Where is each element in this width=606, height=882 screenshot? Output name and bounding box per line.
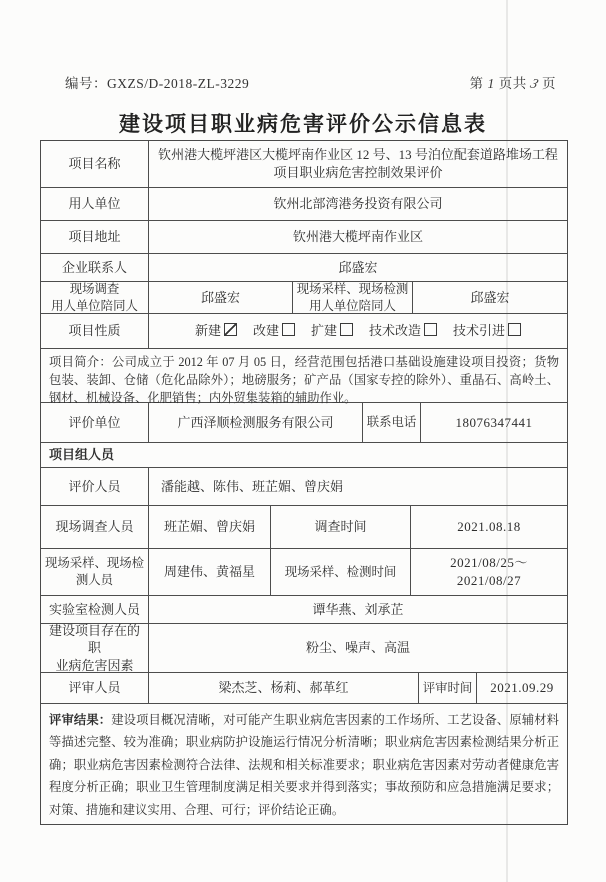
checkbox-tech-import-icon xyxy=(508,323,521,336)
sampling-staff-label: 现场采样、现场检 测人员 xyxy=(41,549,149,595)
survey-time-value: 2021.08.18 xyxy=(411,506,567,548)
review-result-text: 建设项目概况清晰，对可能产生职业病危害因素的工作场所、工艺设备、原辅材料等描述完… xyxy=(49,713,559,817)
review-staff-value: 梁杰芝、杨莉、郝革红 xyxy=(149,673,419,703)
phone-label: 联系电话 xyxy=(363,403,421,442)
evaluator-label: 评价单位 xyxy=(41,403,149,442)
row-review-result: 评审结果：建设项目概况清晰，对可能产生职业病危害因素的工作场所、工艺设备、原辅材… xyxy=(41,704,567,824)
survey-staff-label: 现场调查人员 xyxy=(41,506,149,548)
company-contact-label: 企业联系人 xyxy=(41,254,149,281)
checkbox-expand-icon xyxy=(340,323,353,336)
page-indicator: 第1页共3页 xyxy=(468,72,559,92)
row-sampling-staff: 现场采样、现场检 测人员 周建伟、黄福星 现场采样、检测时间 2021/08/2… xyxy=(41,549,567,596)
checkbox-rebuild-icon xyxy=(282,323,295,336)
handwritten-total-pages: 3 xyxy=(528,75,541,92)
review-result-label: 评审结果： xyxy=(49,713,111,727)
row-employer: 用人单位 钦州北部湾港务投资有限公司 xyxy=(41,188,567,221)
project-nature-options: 新建 改建 扩建 技术改造 技术引进 xyxy=(149,314,567,348)
eval-staff-value: 潘能越、陈伟、班芷媚、曾庆娟 xyxy=(149,468,567,505)
sampling-time-line2: 2021/08/27 xyxy=(457,572,521,590)
project-name-line1: 钦州港大榄坪港区大榄坪南作业区 12 号、13 号泊位配套道路堆场工程 xyxy=(158,146,558,164)
info-table: 项目名称 钦州港大榄坪港区大榄坪南作业区 12 号、13 号泊位配套道路堆场工程… xyxy=(40,140,568,825)
row-survey-staff: 现场调查人员 班芷媚、曾庆娟 调查时间 2021.08.18 xyxy=(41,506,567,549)
document-number: 编号：GXZS/D-2018-ZL-3229 xyxy=(65,72,249,92)
team-header-label: 项目组人员 xyxy=(41,443,567,467)
row-review-staff: 评审人员 梁杰芝、杨莉、郝革红 评审时间 2021.09.29 xyxy=(41,673,567,704)
sampling-staff-label-line2: 测人员 xyxy=(76,572,113,589)
handwritten-page-number: 1 xyxy=(488,76,495,92)
form-title: 建设项目职业病危害评价公示信息表 xyxy=(0,108,606,138)
page-suffix: 页 xyxy=(542,76,556,91)
nature-option-tech-import-label: 技术引进 xyxy=(453,323,505,338)
project-name-line2: 项目职业病危害控制效果评价 xyxy=(273,164,442,182)
hazard-factors-label: 建设项目存在的职 业病危害因素 xyxy=(41,624,149,672)
nature-option-tech-upgrade-label: 技术改造 xyxy=(369,323,421,338)
survey-escort-label: 现场调查 用人单位陪同人 xyxy=(41,282,149,313)
review-time-value: 2021.09.29 xyxy=(477,673,567,703)
lab-staff-value: 谭华燕、刘承芷 xyxy=(149,596,567,623)
project-address-value: 钦州港大榄坪南作业区 xyxy=(149,221,567,253)
project-name-label: 项目名称 xyxy=(41,141,149,187)
eval-staff-label: 评价人员 xyxy=(41,468,149,505)
survey-staff-value: 班芷媚、曾庆娟 xyxy=(149,506,271,548)
row-hazard-factors: 建设项目存在的职 业病危害因素 粉尘、噪声、高温 xyxy=(41,624,567,673)
company-contact-value: 邱盛宏 xyxy=(149,254,567,281)
checkbox-tech-upgrade-icon xyxy=(424,323,437,336)
sampling-escort-label-line2: 用人单位陪同人 xyxy=(309,298,396,315)
nature-option-rebuild: 改建 xyxy=(253,322,295,340)
nature-option-new-label: 新建 xyxy=(195,323,221,338)
project-address-label: 项目地址 xyxy=(41,221,149,253)
sampling-escort-label: 现场采样、现场检测 用人单位陪同人 xyxy=(293,282,413,313)
sampling-time-label: 现场采样、检测时间 xyxy=(271,549,411,595)
survey-escort-value: 邱盛宏 xyxy=(149,282,293,313)
nature-option-tech-import: 技术引进 xyxy=(453,322,521,340)
row-team-header: 项目组人员 xyxy=(41,443,567,468)
row-project-nature: 项目性质 新建 改建 扩建 技术改造 技术引进 xyxy=(41,314,567,349)
row-project-summary: 项目简介：公司成立于 2012 年 07 月 05 日，经营范围包括港口基础设施… xyxy=(41,349,567,403)
page-header: 编号：GXZS/D-2018-ZL-3229 第1页共3页 xyxy=(65,72,558,92)
row-project-name: 项目名称 钦州港大榄坪港区大榄坪南作业区 12 号、13 号泊位配套道路堆场工程… xyxy=(41,141,567,188)
hazard-factors-value: 粉尘、噪声、高温 xyxy=(149,624,567,672)
review-result-cell: 评审结果：建设项目概况清晰，对可能产生职业病危害因素的工作场所、工艺设备、原辅材… xyxy=(41,704,567,824)
project-summary-text: 项目简介：公司成立于 2012 年 07 月 05 日，经营范围包括港口基础设施… xyxy=(41,349,567,402)
row-escort: 现场调查 用人单位陪同人 邱盛宏 现场采样、现场检测 用人单位陪同人 邱盛宏 xyxy=(41,282,567,314)
row-eval-staff: 评价人员 潘能越、陈伟、班芷媚、曾庆娟 xyxy=(41,468,567,506)
sampling-staff-value: 周建伟、黄福星 xyxy=(149,549,271,595)
survey-time-label: 调查时间 xyxy=(271,506,411,548)
nature-option-expand-label: 扩建 xyxy=(311,323,337,338)
evaluator-value: 广西泽顺检测服务有限公司 xyxy=(149,403,363,442)
hazard-factors-label-line2: 业病危害因素 xyxy=(55,657,133,675)
review-time-label: 评审时间 xyxy=(419,673,477,703)
survey-escort-label-line2: 用人单位陪同人 xyxy=(51,298,138,315)
nature-option-new: 新建 xyxy=(195,322,237,340)
phone-value: 18076347441 xyxy=(421,403,567,442)
nature-option-expand: 扩建 xyxy=(311,322,353,340)
row-lab-staff: 实验室检测人员 谭华燕、刘承芷 xyxy=(41,596,567,624)
project-name-value: 钦州港大榄坪港区大榄坪南作业区 12 号、13 号泊位配套道路堆场工程 项目职业… xyxy=(149,141,567,187)
nature-option-rebuild-label: 改建 xyxy=(253,323,279,338)
checkbox-new-icon xyxy=(224,323,237,336)
sampling-escort-label-line1: 现场采样、现场检测 xyxy=(297,281,409,298)
employer-label: 用人单位 xyxy=(41,188,149,220)
row-company-contact: 企业联系人 邱盛宏 xyxy=(41,254,567,282)
document-page: 编号：GXZS/D-2018-ZL-3229 第1页共3页 建设项目职业病危害评… xyxy=(0,0,606,882)
project-nature-label: 项目性质 xyxy=(41,314,149,348)
review-staff-label: 评审人员 xyxy=(41,673,149,703)
sampling-staff-label-line1: 现场采样、现场检 xyxy=(45,555,144,572)
survey-escort-label-line1: 现场调查 xyxy=(70,281,120,298)
employer-value: 钦州北部湾港务投资有限公司 xyxy=(149,188,567,220)
hazard-factors-label-line1: 建设项目存在的职 xyxy=(44,622,145,657)
sampling-escort-value: 邱盛宏 xyxy=(413,282,567,313)
row-project-address: 项目地址 钦州港大榄坪南作业区 xyxy=(41,221,567,254)
lab-staff-label: 实验室检测人员 xyxy=(41,596,149,623)
row-evaluator: 评价单位 广西泽顺检测服务有限公司 联系电话 18076347441 xyxy=(41,403,567,443)
sampling-time-value: 2021/08/25～ 2021/08/27 xyxy=(411,549,567,595)
page-mid: 页共 xyxy=(499,76,527,91)
nature-option-tech-upgrade: 技术改造 xyxy=(369,322,437,340)
sampling-time-line1: 2021/08/25～ xyxy=(450,554,528,572)
page-prefix: 第 xyxy=(470,76,484,91)
